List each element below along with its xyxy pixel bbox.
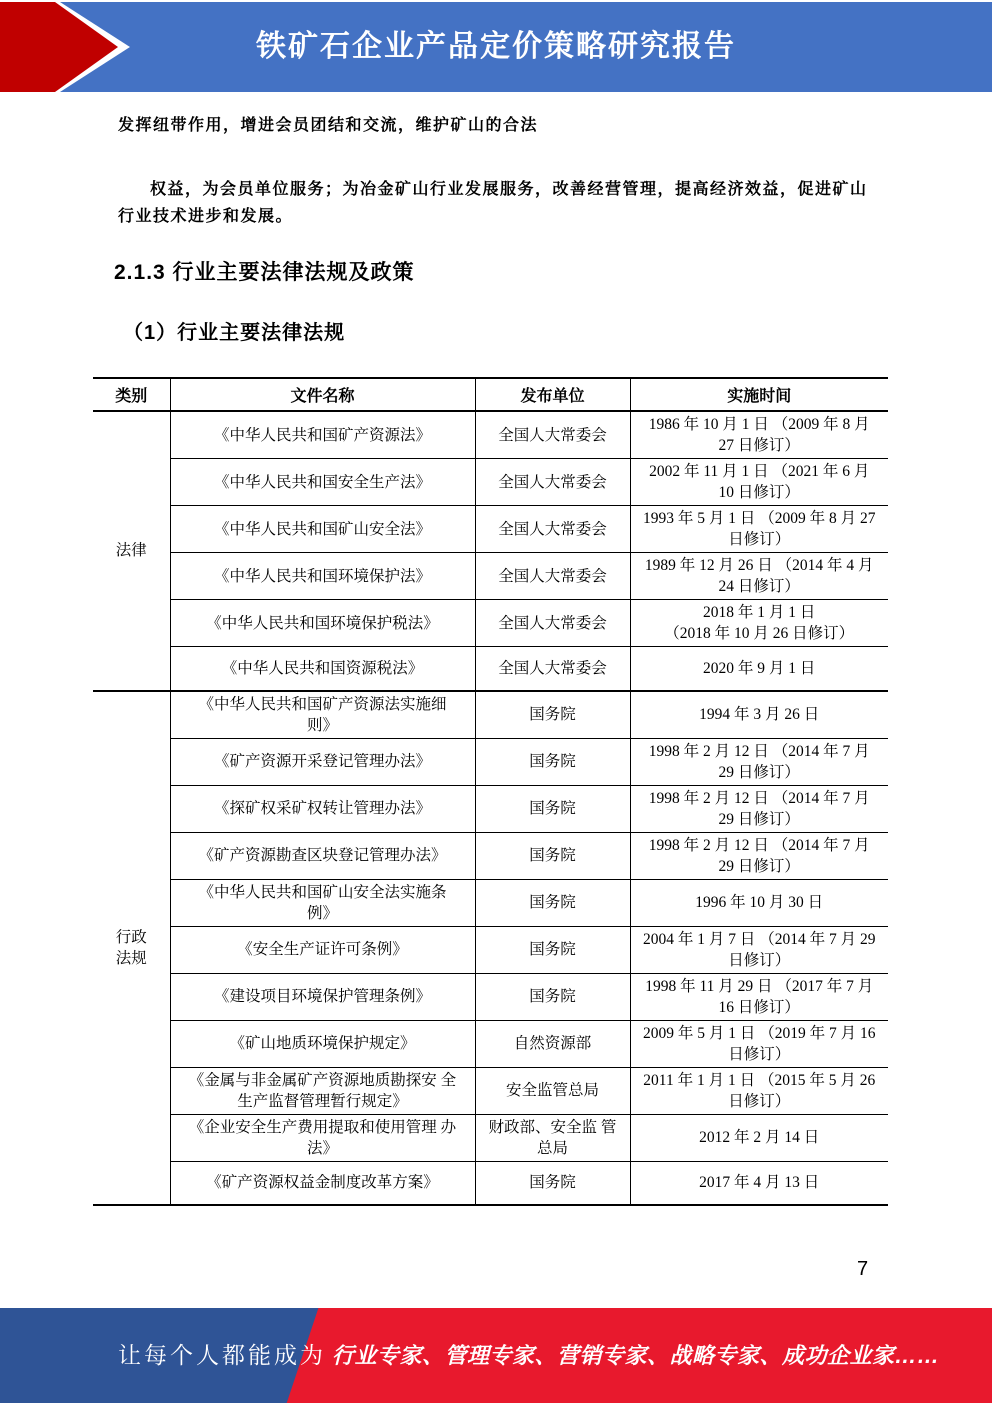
issuer-cell: 全国人大常委会 <box>475 553 630 600</box>
issuer-cell: 国务院 <box>475 879 630 926</box>
body-paragraph-2: 权益，为会员单位服务；为冶金矿山行业发展服务，改善经营管理，提高经济效益，促进矿… <box>118 176 878 230</box>
doc-name-cell: 《中华人民共和国环境保护法》 <box>170 553 475 600</box>
table-header-category: 类别 <box>93 378 170 411</box>
table-row: 《中华人民共和国环境保护税法》 全国人大常委会 2018 年 1 月 1 日 （… <box>93 600 888 647</box>
issuer-cell: 国务院 <box>475 691 630 739</box>
table-header-issuer: 发布单位 <box>475 378 630 411</box>
date-cell: 1998 年 11 月 29 日 （2017 年 7 月 16 日修订） <box>630 973 888 1020</box>
issuer-cell: 国务院 <box>475 926 630 973</box>
issuer-cell: 国务院 <box>475 973 630 1020</box>
date-cell: 1996 年 10 月 30 日 <box>630 879 888 926</box>
doc-name-cell: 《矿产资源开采登记管理办法》 <box>170 738 475 785</box>
issuer-cell: 国务院 <box>475 785 630 832</box>
table-row: 《企业安全生产费用提取和使用管理 办 法》 财政部、安全监 管 总局 2012 … <box>93 1114 888 1161</box>
issuer-cell: 全国人大常委会 <box>475 459 630 506</box>
table-row: 《矿产资源开采登记管理办法》 国务院 1998 年 2 月 12 日 （2014… <box>93 738 888 785</box>
date-cell: 2020 年 9 月 1 日 <box>630 647 888 691</box>
issuer-cell: 国务院 <box>475 832 630 879</box>
doc-name-cell: 《矿产资源权益金制度改革方案》 <box>170 1161 475 1205</box>
date-cell: 1993 年 5 月 1 日 （2009 年 8 月 27 日修订） <box>630 506 888 553</box>
footer-banner: 让每个人都能成为 行业专家、管理专家、营销专家、战略专家、成功企业家…… <box>0 1308 992 1403</box>
table-row: 《中华人民共和国环境保护法》 全国人大常委会 1989 年 12 月 26 日 … <box>93 553 888 600</box>
issuer-cell: 国务院 <box>475 738 630 785</box>
doc-name-cell: 《中华人民共和国矿产资源法实施细 则》 <box>170 691 475 739</box>
table-row: 《矿产资源权益金制度改革方案》 国务院 2017 年 4 月 13 日 <box>93 1161 888 1205</box>
doc-name-cell: 《安全生产证许可条例》 <box>170 926 475 973</box>
red-arrow-icon <box>0 2 132 92</box>
date-cell: 1998 年 2 月 12 日 （2014 年 7 月 29 日修订） <box>630 785 888 832</box>
table-row: 行政 法规 《中华人民共和国矿产资源法实施细 则》 国务院 1994 年 3 月… <box>93 691 888 739</box>
issuer-cell: 全国人大常委会 <box>475 647 630 691</box>
date-cell: 1994 年 3 月 26 日 <box>630 691 888 739</box>
doc-name-cell: 《矿山地质环境保护规定》 <box>170 1020 475 1067</box>
date-cell: 1998 年 2 月 12 日 （2014 年 7 月 29 日修订） <box>630 738 888 785</box>
issuer-cell: 全国人大常委会 <box>475 506 630 553</box>
table-header-date: 实施时间 <box>630 378 888 411</box>
footer-slogan-left: 让每个人都能成为 <box>118 1308 326 1403</box>
table-row: 《矿产资源勘查区块登记管理办法》 国务院 1998 年 2 月 12 日 （20… <box>93 832 888 879</box>
table-row: 《中华人民共和国安全生产法》 全国人大常委会 2002 年 11 月 1 日 （… <box>93 459 888 506</box>
section-heading: 2.1.3 行业主要法律法规及政策 <box>114 256 415 286</box>
table-row: 《中华人民共和国矿山安全法实施条 例》 国务院 1996 年 10 月 30 日 <box>93 879 888 926</box>
document-page: 铁矿石企业产品定价策略研究报告 发挥纽带作用，增进会员团结和交流，维护矿山的合法… <box>0 0 992 1403</box>
subsection-heading: （1）行业主要法律法规 <box>123 316 345 345</box>
date-cell: 2009 年 5 月 1 日 （2019 年 7 月 16 日修订） <box>630 1020 888 1067</box>
date-cell: 1998 年 2 月 12 日 （2014 年 7 月 29 日修订） <box>630 832 888 879</box>
issuer-cell: 国务院 <box>475 1161 630 1205</box>
doc-name-cell: 《建设项目环境保护管理条例》 <box>170 973 475 1020</box>
table-row: 《中华人民共和国资源税法》 全国人大常委会 2020 年 9 月 1 日 <box>93 647 888 691</box>
category-cell: 行政 法规 <box>93 691 170 1206</box>
date-cell: 2004 年 1 月 7 日 （2014 年 7 月 29 日修订） <box>630 926 888 973</box>
doc-name-cell: 《中华人民共和国矿山安全法实施条 例》 <box>170 879 475 926</box>
category-cell: 法律 <box>93 411 170 691</box>
doc-name-cell: 《中华人民共和国资源税法》 <box>170 647 475 691</box>
report-header-banner: 铁矿石企业产品定价策略研究报告 <box>0 2 992 92</box>
doc-name-cell: 《中华人民共和国安全生产法》 <box>170 459 475 506</box>
table-row: 《建设项目环境保护管理条例》 国务院 1998 年 11 月 29 日 （201… <box>93 973 888 1020</box>
date-cell: 2011 年 1 月 1 日 （2015 年 5 月 26 日修订） <box>630 1067 888 1114</box>
doc-name-cell: 《探矿权采矿权转让管理办法》 <box>170 785 475 832</box>
doc-name-cell: 《矿产资源勘查区块登记管理办法》 <box>170 832 475 879</box>
table-header-doc-name: 文件名称 <box>170 378 475 411</box>
table-row: 《中华人民共和国矿山安全法》 全国人大常委会 1993 年 5 月 1 日 （2… <box>93 506 888 553</box>
body-paragraph-1: 发挥纽带作用，增进会员团结和交流，维护矿山的合法 <box>118 112 918 139</box>
doc-name-cell: 《中华人民共和国矿山安全法》 <box>170 506 475 553</box>
issuer-cell: 安全监管总局 <box>475 1067 630 1114</box>
footer-slogan-right: 行业专家、管理专家、营销专家、战略专家、成功企业家…… <box>332 1308 940 1403</box>
table-row: 《安全生产证许可条例》 国务院 2004 年 1 月 7 日 （2014 年 7… <box>93 926 888 973</box>
issuer-cell: 全国人大常委会 <box>475 411 630 459</box>
doc-name-cell: 《中华人民共和国矿产资源法》 <box>170 411 475 459</box>
table-row: 《矿山地质环境保护规定》 自然资源部 2009 年 5 月 1 日 （2019 … <box>93 1020 888 1067</box>
issuer-cell: 财政部、安全监 管 总局 <box>475 1114 630 1161</box>
table-row: 法律 《中华人民共和国矿产资源法》 全国人大常委会 1986 年 10 月 1 … <box>93 411 888 459</box>
date-cell: 2002 年 11 月 1 日 （2021 年 6 月 10 日修订） <box>630 459 888 506</box>
doc-name-cell: 《中华人民共和国环境保护税法》 <box>170 600 475 647</box>
report-title: 铁矿石企业产品定价策略研究报告 <box>0 2 992 92</box>
date-cell: 2018 年 1 月 1 日 （2018 年 10 月 26 日修订） <box>630 600 888 647</box>
page-number: 7 <box>857 1258 868 1281</box>
date-cell: 1986 年 10 月 1 日 （2009 年 8 月 27 日修订） <box>630 411 888 459</box>
table-row: 《探矿权采矿权转让管理办法》 国务院 1998 年 2 月 12 日 （2014… <box>93 785 888 832</box>
date-cell: 1989 年 12 月 26 日 （2014 年 4 月 24 日修订） <box>630 553 888 600</box>
doc-name-cell: 《企业安全生产费用提取和使用管理 办 法》 <box>170 1114 475 1161</box>
date-cell: 2012 年 2 月 14 日 <box>630 1114 888 1161</box>
table-row: 《金属与非金属矿产资源地质勘探安 全 生产监督管理暂行规定》 安全监管总局 20… <box>93 1067 888 1114</box>
issuer-cell: 全国人大常委会 <box>475 600 630 647</box>
laws-table: 类别 文件名称 发布单位 实施时间 法律 《中华人民共和国矿产资源法》 全国人大… <box>93 377 888 1206</box>
doc-name-cell: 《金属与非金属矿产资源地质勘探安 全 生产监督管理暂行规定》 <box>170 1067 475 1114</box>
table-header-row: 类别 文件名称 发布单位 实施时间 <box>93 378 888 411</box>
date-cell: 2017 年 4 月 13 日 <box>630 1161 888 1205</box>
issuer-cell: 自然资源部 <box>475 1020 630 1067</box>
